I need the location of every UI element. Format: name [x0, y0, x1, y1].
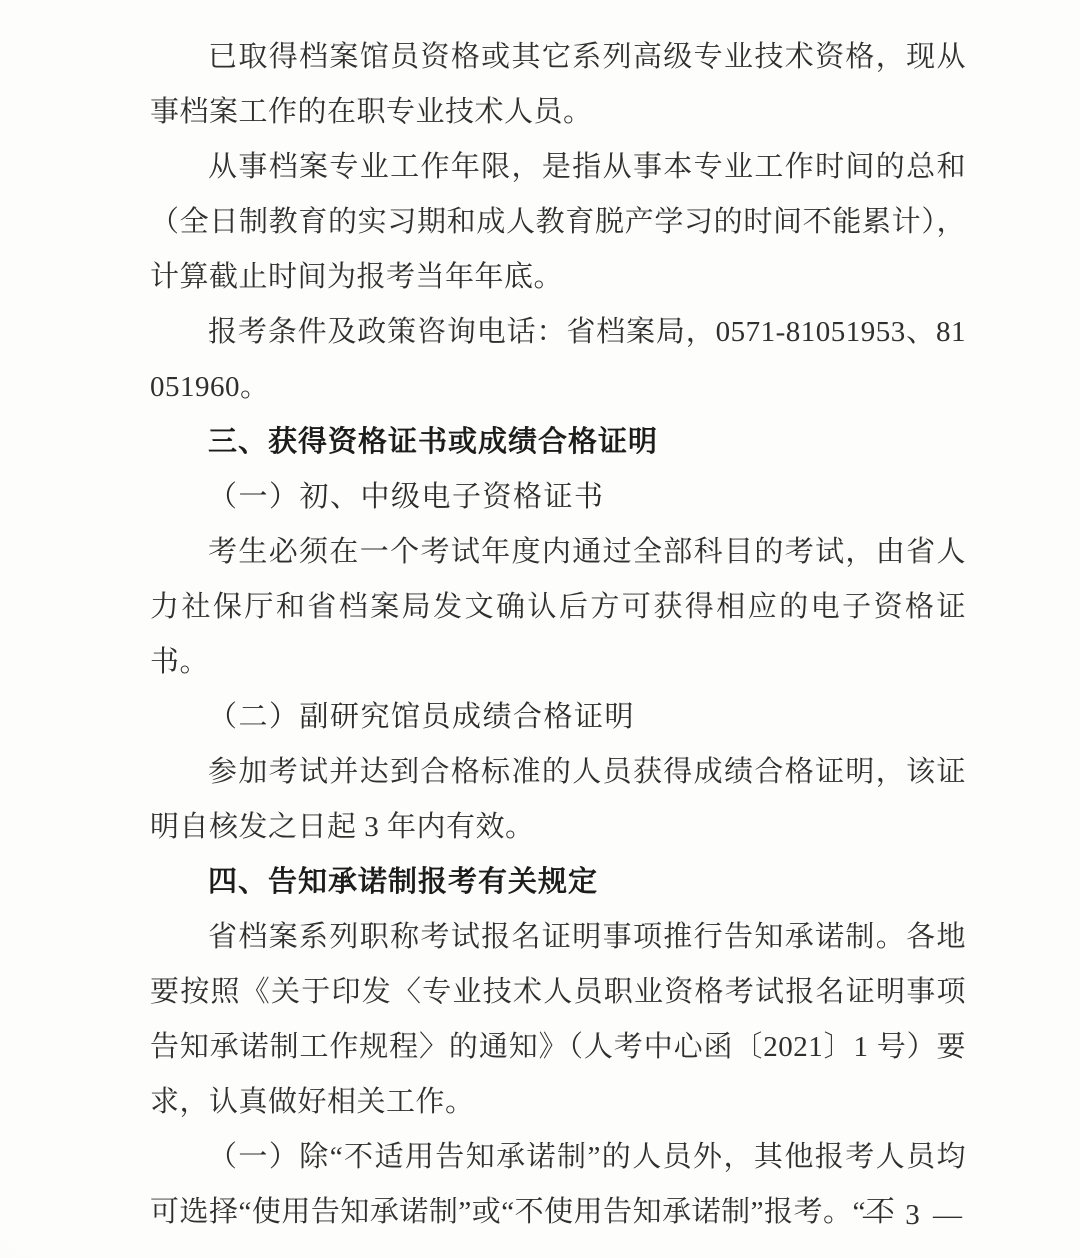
- paragraph-eligible-personnel: 已取得档案馆员资格或其它系列高级专业技术资格，现从事档案工作的在职专业技术人员。: [150, 30, 966, 140]
- page-number: — 3 —: [863, 1194, 965, 1236]
- paragraph-score-proof-validity: 参加考试并达到合格标准的人员获得成绩合格证明，该证明自核发之日起 3 年内有效。: [150, 745, 966, 855]
- paragraph-commitment-choice: （一）除“不适用告知承诺制”的人员外，其他报考人员均可选择“使用告知承诺制”或“…: [150, 1130, 966, 1240]
- paragraph-consultation-phone: 报考条件及政策咨询电话：省档案局，0571-81051953、81051960。: [150, 305, 966, 415]
- section-heading-3-certificates: 三、获得资格证书或成绩合格证明: [150, 415, 966, 470]
- paragraph-electronic-certificate-rule: 考生必须在一个考试年度内通过全部科目的考试，由省人力社保厅和省档案局发文确认后方…: [150, 525, 966, 690]
- subheading-2-score-proof: （二）副研究馆员成绩合格证明: [150, 690, 966, 745]
- section-heading-4-notification-commitment: 四、告知承诺制报考有关规定: [150, 855, 966, 910]
- subheading-1-electronic-certificate: （一）初、中级电子资格证书: [150, 470, 966, 525]
- paragraph-work-years-definition: 从事档案专业工作年限，是指从事本专业工作时间的总和（全日制教育的实习期和成人教育…: [150, 140, 966, 305]
- document-content: 已取得档案馆员资格或其它系列高级专业技术资格，现从事档案工作的在职专业技术人员。…: [150, 30, 966, 1240]
- paragraph-commitment-system-rule: 省档案系列职称考试报名证明事项推行告知承诺制。各地要按照《关于印发〈专业技术人员…: [150, 910, 966, 1130]
- document-page: 已取得档案馆员资格或其它系列高级专业技术资格，现从事档案工作的在职专业技术人员。…: [0, 0, 1080, 1258]
